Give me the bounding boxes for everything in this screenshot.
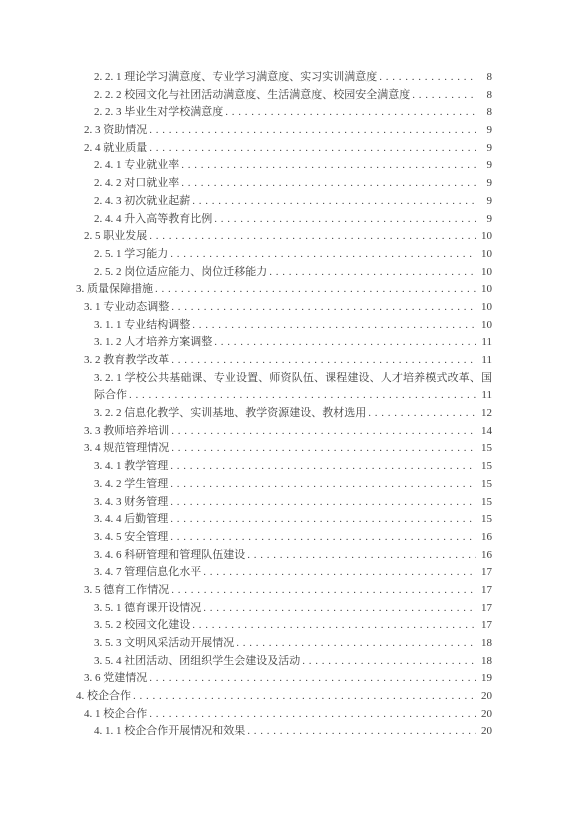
toc-entry-page: 15 bbox=[479, 494, 492, 512]
dot-leader: . . . . . . . . . . . . . . . . . . . . … bbox=[149, 670, 476, 688]
toc-entry-label: 3. 2. 1 学校公共基础课、专业设置、师资队伍、课程建设、人才培养模式改革、… bbox=[94, 370, 492, 388]
toc-entry: 3. 1. 1 专业结构调整. . . . . . . . . . . . . … bbox=[76, 317, 492, 335]
dot-leader: . . . . . . . . . . . . . . . . . . . . … bbox=[149, 122, 476, 140]
toc-entry-label: 3. 4. 4 后勤管理 bbox=[94, 511, 168, 529]
toc-entry-label: 2. 4. 4 升入高等教育比例 bbox=[94, 211, 212, 229]
toc-entry-page: 8 bbox=[479, 87, 492, 105]
toc-entry: 3. 质量保障措施. . . . . . . . . . . . . . . .… bbox=[76, 281, 492, 299]
toc-entry: 3. 4. 3 财务管理. . . . . . . . . . . . . . … bbox=[76, 494, 492, 512]
toc-entry-page: 18 bbox=[479, 653, 492, 671]
toc-entry-label: 3. 6 党建情况 bbox=[84, 670, 147, 688]
toc-entry: 2. 3 资助情况. . . . . . . . . . . . . . . .… bbox=[76, 122, 492, 140]
toc-entry-label: 3. 4 规范管理情况 bbox=[84, 440, 169, 458]
toc-entry-label: 2. 4. 2 对口就业率 bbox=[94, 175, 179, 193]
toc-entry-label: 际合作 bbox=[94, 387, 127, 405]
toc-entry-page: 14 bbox=[479, 423, 492, 441]
dot-leader: . . . . . . . . . . . . . . . . . . . . … bbox=[170, 494, 476, 512]
dot-leader: . . . . . . . . . . . . . . . . . . . . … bbox=[192, 617, 476, 635]
toc-entry-label: 2. 4. 1 专业就业率 bbox=[94, 157, 179, 175]
toc-entry-label: 3. 5. 1 德育课开设情况 bbox=[94, 600, 201, 618]
dot-leader: . . . . . . . . . . . . . . . . . . . . … bbox=[412, 87, 476, 105]
dot-leader: . . . . . . . . . . . . . . . . . . . . … bbox=[171, 352, 476, 370]
toc-entry-page: 20 bbox=[479, 706, 492, 724]
toc-entry: 2. 4. 4 升入高等教育比例. . . . . . . . . . . . … bbox=[76, 211, 492, 229]
toc-entry-page: 11 bbox=[479, 334, 492, 352]
toc-entry-page: 17 bbox=[479, 564, 492, 582]
toc-entry-label: 2. 4. 3 初次就业起薪 bbox=[94, 193, 190, 211]
dot-leader: . . . . . . . . . . . . . . . . . . . . … bbox=[247, 723, 476, 741]
toc-entry-label: 3. 5. 4 社团活动、团组织学生会建设及活动 bbox=[94, 653, 300, 671]
toc-entry-page: 17 bbox=[479, 582, 492, 600]
toc-entry-page: 11 bbox=[479, 387, 492, 405]
toc-entry-label: 3. 4. 3 财务管理 bbox=[94, 494, 168, 512]
toc-entry-page: 17 bbox=[479, 617, 492, 635]
toc-entry-label: 3. 4. 6 科研管理和管理队伍建设 bbox=[94, 547, 245, 565]
toc-entry-page: 20 bbox=[479, 723, 492, 741]
dot-leader: . . . . . . . . . . . . . . . . . . . . … bbox=[155, 281, 476, 299]
dot-leader: . . . . . . . . . . . . . . . . . . . . … bbox=[171, 299, 476, 317]
dot-leader: . . . . . . . . . . . . . . . . . . . . … bbox=[379, 69, 476, 87]
dot-leader: . . . . . . . . . . . . . . . . . . . . … bbox=[203, 564, 476, 582]
toc-entry-label: 3. 1 专业动态调整 bbox=[84, 299, 169, 317]
toc-entry-page: 16 bbox=[479, 529, 492, 547]
toc-entry: 4. 1. 1 校企合作开展情况和效果. . . . . . . . . . .… bbox=[76, 723, 492, 741]
toc-entry-page: 17 bbox=[479, 600, 492, 618]
dot-leader: . . . . . . . . . . . . . . . . . . . . … bbox=[129, 387, 476, 405]
toc-entry: 2. 4. 2 对口就业率. . . . . . . . . . . . . .… bbox=[76, 175, 492, 193]
toc-entry-page: 10 bbox=[479, 281, 492, 299]
toc-entry-label: 2. 2. 2 校园文化与社团活动满意度、生活满意度、校园安全满意度 bbox=[94, 87, 410, 105]
toc-entry-label: 2. 5. 1 学习能力 bbox=[94, 246, 168, 264]
toc-entry-page: 8 bbox=[479, 69, 492, 87]
document-page: 2. 2. 1 理论学习满意度、专业学习满意度、实习实训满意度. . . . .… bbox=[0, 0, 580, 820]
toc-entry-label: 4. 1 校企合作 bbox=[84, 706, 147, 724]
toc-entry: 3. 1. 2 人才培养方案调整. . . . . . . . . . . . … bbox=[76, 334, 492, 352]
dot-leader: . . . . . . . . . . . . . . . . . . . . … bbox=[236, 635, 476, 653]
dot-leader: . . . . . . . . . . . . . . . . . . . . … bbox=[149, 706, 476, 724]
toc-entry-page: 15 bbox=[479, 476, 492, 494]
toc-entry-page: 16 bbox=[479, 547, 492, 565]
dot-leader: . . . . . . . . . . . . . . . . . . . . … bbox=[214, 334, 476, 352]
toc-entry-page: 9 bbox=[479, 122, 492, 140]
toc-entry-page: 10 bbox=[479, 264, 492, 282]
toc-entry-label: 3. 4. 2 学生管理 bbox=[94, 476, 168, 494]
dot-leader: . . . . . . . . . . . . . . . . . . . . … bbox=[170, 511, 476, 529]
toc-entry-label: 3. 2. 2 信息化教学、实训基地、教学资源建设、教材选用 bbox=[94, 405, 366, 423]
toc-entry: 3. 5. 3 文明风采活动开展情况. . . . . . . . . . . … bbox=[76, 635, 492, 653]
toc-entry-page: 15 bbox=[479, 440, 492, 458]
dot-leader: . . . . . . . . . . . . . . . . . . . . … bbox=[171, 440, 476, 458]
dot-leader: . . . . . . . . . . . . . . . . . . . . … bbox=[171, 423, 476, 441]
toc-entry-page: 10 bbox=[479, 317, 492, 335]
toc-entry-label: 3. 2 教育教学改革 bbox=[84, 352, 169, 370]
toc-entry-label: 2. 4 就业质量 bbox=[84, 140, 147, 158]
toc-entry-label: 3. 5 德育工作情况 bbox=[84, 582, 169, 600]
toc-entry-page: 10 bbox=[479, 299, 492, 317]
toc-entry: 3. 2 教育教学改革. . . . . . . . . . . . . . .… bbox=[76, 352, 492, 370]
toc-entry: 3. 4 规范管理情况. . . . . . . . . . . . . . .… bbox=[76, 440, 492, 458]
toc-entry-label: 4. 校企合作 bbox=[76, 688, 131, 706]
toc-entry: 3. 2. 1 学校公共基础课、专业设置、师资队伍、课程建设、人才培养模式改革、… bbox=[76, 370, 492, 388]
toc-entry-page: 9 bbox=[479, 211, 492, 229]
toc-entry: 3. 4. 7 管理信息化水平. . . . . . . . . . . . .… bbox=[76, 564, 492, 582]
toc-entry-page: 19 bbox=[479, 670, 492, 688]
toc-entry: 2. 2. 1 理论学习满意度、专业学习满意度、实习实训满意度. . . . .… bbox=[76, 69, 492, 87]
toc-entry: 3. 2. 2 信息化教学、实训基地、教学资源建设、教材选用. . . . . … bbox=[76, 405, 492, 423]
toc-entry: 2. 5 职业发展. . . . . . . . . . . . . . . .… bbox=[76, 228, 492, 246]
dot-leader: . . . . . . . . . . . . . . . . . . . . … bbox=[192, 317, 476, 335]
toc-entry: 2. 4 就业质量. . . . . . . . . . . . . . . .… bbox=[76, 140, 492, 158]
toc-entry-label: 3. 质量保障措施 bbox=[76, 281, 153, 299]
toc-entry-label: 2. 5. 2 岗位适应能力、岗位迁移能力 bbox=[94, 264, 267, 282]
dot-leader: . . . . . . . . . . . . . . . . . . . . … bbox=[181, 157, 476, 175]
toc-entry-label: 2. 2. 3 毕业生对学校满意度 bbox=[94, 104, 223, 122]
dot-leader: . . . . . . . . . . . . . . . . . . . . … bbox=[170, 246, 476, 264]
toc-entry: 3. 5. 2 校园文化建设. . . . . . . . . . . . . … bbox=[76, 617, 492, 635]
toc-entry-page: 8 bbox=[479, 104, 492, 122]
dot-leader: . . . . . . . . . . . . . . . . . . . . … bbox=[181, 175, 476, 193]
dot-leader: . . . . . . . . . . . . . . . . . . . . … bbox=[203, 600, 476, 618]
toc-entry: 2. 2. 2 校园文化与社团活动满意度、生活满意度、校园安全满意度. . . … bbox=[76, 87, 492, 105]
toc-entry: 3. 6 党建情况. . . . . . . . . . . . . . . .… bbox=[76, 670, 492, 688]
toc-entry-page: 10 bbox=[479, 246, 492, 264]
dot-leader: . . . . . . . . . . . . . . . . . . . . … bbox=[149, 140, 476, 158]
toc-entry-page: 15 bbox=[479, 458, 492, 476]
dot-leader: . . . . . . . . . . . . . . . . . . . . … bbox=[269, 264, 476, 282]
toc-entry: 4. 校企合作. . . . . . . . . . . . . . . . .… bbox=[76, 688, 492, 706]
toc-entry-page: 9 bbox=[479, 193, 492, 211]
toc-entry-page: 12 bbox=[479, 405, 492, 423]
toc-entry-page: 9 bbox=[479, 175, 492, 193]
toc-entry: 3. 4. 5 安全管理. . . . . . . . . . . . . . … bbox=[76, 529, 492, 547]
toc-entry-label: 3. 5. 2 校园文化建设 bbox=[94, 617, 190, 635]
toc-entry-label: 2. 3 资助情况 bbox=[84, 122, 147, 140]
toc-entry-label: 2. 5 职业发展 bbox=[84, 228, 147, 246]
toc-entry-page: 20 bbox=[479, 688, 492, 706]
toc-entry: 3. 1 专业动态调整. . . . . . . . . . . . . . .… bbox=[76, 299, 492, 317]
toc-entry-label: 3. 1. 1 专业结构调整 bbox=[94, 317, 190, 335]
toc-entry: 2. 4. 1 专业就业率. . . . . . . . . . . . . .… bbox=[76, 157, 492, 175]
toc-entry: 3. 4. 2 学生管理. . . . . . . . . . . . . . … bbox=[76, 476, 492, 494]
dot-leader: . . . . . . . . . . . . . . . . . . . . … bbox=[170, 529, 476, 547]
toc-entry-page: 11 bbox=[479, 352, 492, 370]
toc-entry: 2. 5. 1 学习能力. . . . . . . . . . . . . . … bbox=[76, 246, 492, 264]
dot-leader: . . . . . . . . . . . . . . . . . . . . … bbox=[171, 582, 476, 600]
toc-entry: 3. 4. 6 科研管理和管理队伍建设. . . . . . . . . . .… bbox=[76, 547, 492, 565]
dot-leader: . . . . . . . . . . . . . . . . . . . . … bbox=[170, 458, 476, 476]
toc-entry-label: 3. 4. 1 教学管理 bbox=[94, 458, 168, 476]
toc-entry-page: 9 bbox=[479, 157, 492, 175]
dot-leader: . . . . . . . . . . . . . . . . . . . . … bbox=[133, 688, 476, 706]
dot-leader: . . . . . . . . . . . . . . . . . . . . … bbox=[247, 547, 476, 565]
toc-entry-label: 3. 4. 7 管理信息化水平 bbox=[94, 564, 201, 582]
dot-leader: . . . . . . . . . . . . . . . . . . . . … bbox=[170, 476, 476, 494]
toc-entry-page: 9 bbox=[479, 140, 492, 158]
table-of-contents: 2. 2. 1 理论学习满意度、专业学习满意度、实习实训满意度. . . . .… bbox=[76, 69, 492, 741]
toc-entry: 际合作. . . . . . . . . . . . . . . . . . .… bbox=[76, 387, 492, 405]
dot-leader: . . . . . . . . . . . . . . . . . . . . … bbox=[368, 405, 476, 423]
dot-leader: . . . . . . . . . . . . . . . . . . . . … bbox=[302, 653, 476, 671]
toc-entry-page: 10 bbox=[479, 228, 492, 246]
dot-leader: . . . . . . . . . . . . . . . . . . . . … bbox=[225, 104, 476, 122]
toc-entry-page: 15 bbox=[479, 511, 492, 529]
toc-entry: 3. 5. 1 德育课开设情况. . . . . . . . . . . . .… bbox=[76, 600, 492, 618]
toc-entry: 2. 5. 2 岗位适应能力、岗位迁移能力. . . . . . . . . .… bbox=[76, 264, 492, 282]
toc-entry-label: 3. 1. 2 人才培养方案调整 bbox=[94, 334, 212, 352]
toc-entry: 2. 2. 3 毕业生对学校满意度. . . . . . . . . . . .… bbox=[76, 104, 492, 122]
toc-entry: 4. 1 校企合作. . . . . . . . . . . . . . . .… bbox=[76, 706, 492, 724]
toc-entry: 3. 3 教师培养培训. . . . . . . . . . . . . . .… bbox=[76, 423, 492, 441]
toc-entry-label: 3. 3 教师培养培训 bbox=[84, 423, 169, 441]
toc-entry: 2. 4. 3 初次就业起薪. . . . . . . . . . . . . … bbox=[76, 193, 492, 211]
toc-entry: 3. 4. 4 后勤管理. . . . . . . . . . . . . . … bbox=[76, 511, 492, 529]
dot-leader: . . . . . . . . . . . . . . . . . . . . … bbox=[214, 211, 476, 229]
toc-entry-label: 3. 4. 5 安全管理 bbox=[94, 529, 168, 547]
toc-entry: 3. 4. 1 教学管理. . . . . . . . . . . . . . … bbox=[76, 458, 492, 476]
toc-entry-label: 3. 5. 3 文明风采活动开展情况 bbox=[94, 635, 234, 653]
toc-entry: 3. 5 德育工作情况. . . . . . . . . . . . . . .… bbox=[76, 582, 492, 600]
toc-entry: 3. 5. 4 社团活动、团组织学生会建设及活动. . . . . . . . … bbox=[76, 653, 492, 671]
toc-entry-page: 18 bbox=[479, 635, 492, 653]
dot-leader: . . . . . . . . . . . . . . . . . . . . … bbox=[149, 228, 476, 246]
toc-entry-label: 4. 1. 1 校企合作开展情况和效果 bbox=[94, 723, 245, 741]
dot-leader: . . . . . . . . . . . . . . . . . . . . … bbox=[192, 193, 476, 211]
toc-entry-label: 2. 2. 1 理论学习满意度、专业学习满意度、实习实训满意度 bbox=[94, 69, 377, 87]
